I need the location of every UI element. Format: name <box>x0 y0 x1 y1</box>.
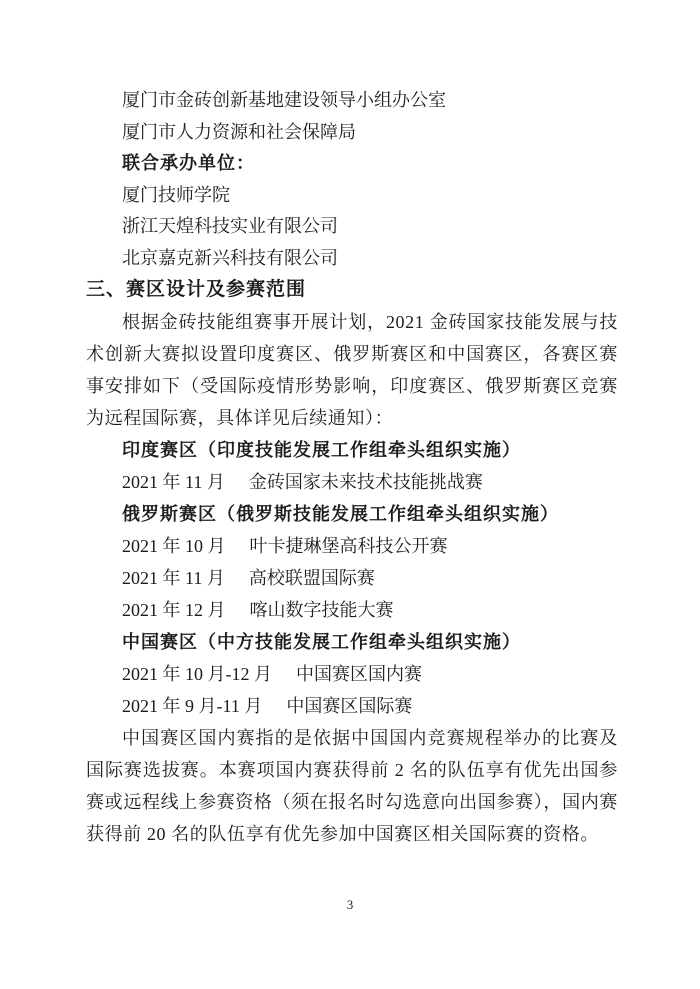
event-name: 中国赛区国内赛 <box>296 664 422 684</box>
co-organizer-line: 北京嘉克新兴科技有限公司 <box>86 243 618 275</box>
event-line: 2021 年 12 月喀山数字技能大赛 <box>86 594 618 626</box>
co-organizer-line: 厦门技师学院 <box>86 180 618 212</box>
event-line: 2021 年 11 月高校联盟国际赛 <box>86 562 618 594</box>
event-name: 叶卡捷琳堡高科技公开赛 <box>250 536 448 556</box>
section-heading: 三、赛区设计及参赛范围 <box>86 274 618 306</box>
closing-paragraph: 中国赛区国内赛指的是依据中国国内竞赛规程举办的比赛及国际赛选拔赛。本赛项国内赛获… <box>86 722 618 850</box>
zone-heading-india: 印度赛区（印度技能发展工作组牵头组织实施） <box>86 434 618 466</box>
co-organizer-label: 联合承办单位： <box>86 148 618 180</box>
event-date: 2021 年 12 月 <box>122 600 226 620</box>
event-name: 喀山数字技能大赛 <box>250 600 394 620</box>
zone-heading-russia: 俄罗斯赛区（俄罗斯技能发展工作组牵头组织实施） <box>86 498 618 530</box>
event-line: 2021 年 11 月金砖国家未来技术技能挑战赛 <box>86 466 618 498</box>
zone-heading-china: 中国赛区（中方技能发展工作组牵头组织实施） <box>86 626 618 658</box>
event-date: 2021 年 11 月 <box>122 472 225 492</box>
event-line: 2021 年 9 月-11 月中国赛区国际赛 <box>86 690 618 722</box>
document-page: 厦门市金砖创新基地建设领导小组办公室 厦门市人力资源和社会保障局 联合承办单位：… <box>0 0 700 989</box>
host-unit-line: 厦门市金砖创新基地建设领导小组办公室 <box>86 85 618 117</box>
intro-paragraph: 根据金砖技能组赛事开展计划，2021 金砖国家技能发展与技术创新大赛拟设置印度赛… <box>86 306 618 434</box>
event-date: 2021 年 11 月 <box>122 568 225 588</box>
host-unit-line: 厦门市人力资源和社会保障局 <box>86 117 618 149</box>
event-date: 2021 年 10 月 <box>122 536 226 556</box>
document-content: 厦门市金砖创新基地建设领导小组办公室 厦门市人力资源和社会保障局 联合承办单位：… <box>86 85 618 850</box>
event-date: 2021 年 10 月-12 月 <box>122 664 272 684</box>
event-name: 金砖国家未来技术技能挑战赛 <box>249 472 483 492</box>
event-name: 高校联盟国际赛 <box>249 568 375 588</box>
event-date: 2021 年 9 月-11 月 <box>122 696 262 716</box>
event-line: 2021 年 10 月叶卡捷琳堡高科技公开赛 <box>86 530 618 562</box>
event-name: 中国赛区国际赛 <box>286 696 412 716</box>
event-line: 2021 年 10 月-12 月中国赛区国内赛 <box>86 658 618 690</box>
co-organizer-line: 浙江天煌科技实业有限公司 <box>86 211 618 243</box>
page-number: 3 <box>0 897 700 913</box>
